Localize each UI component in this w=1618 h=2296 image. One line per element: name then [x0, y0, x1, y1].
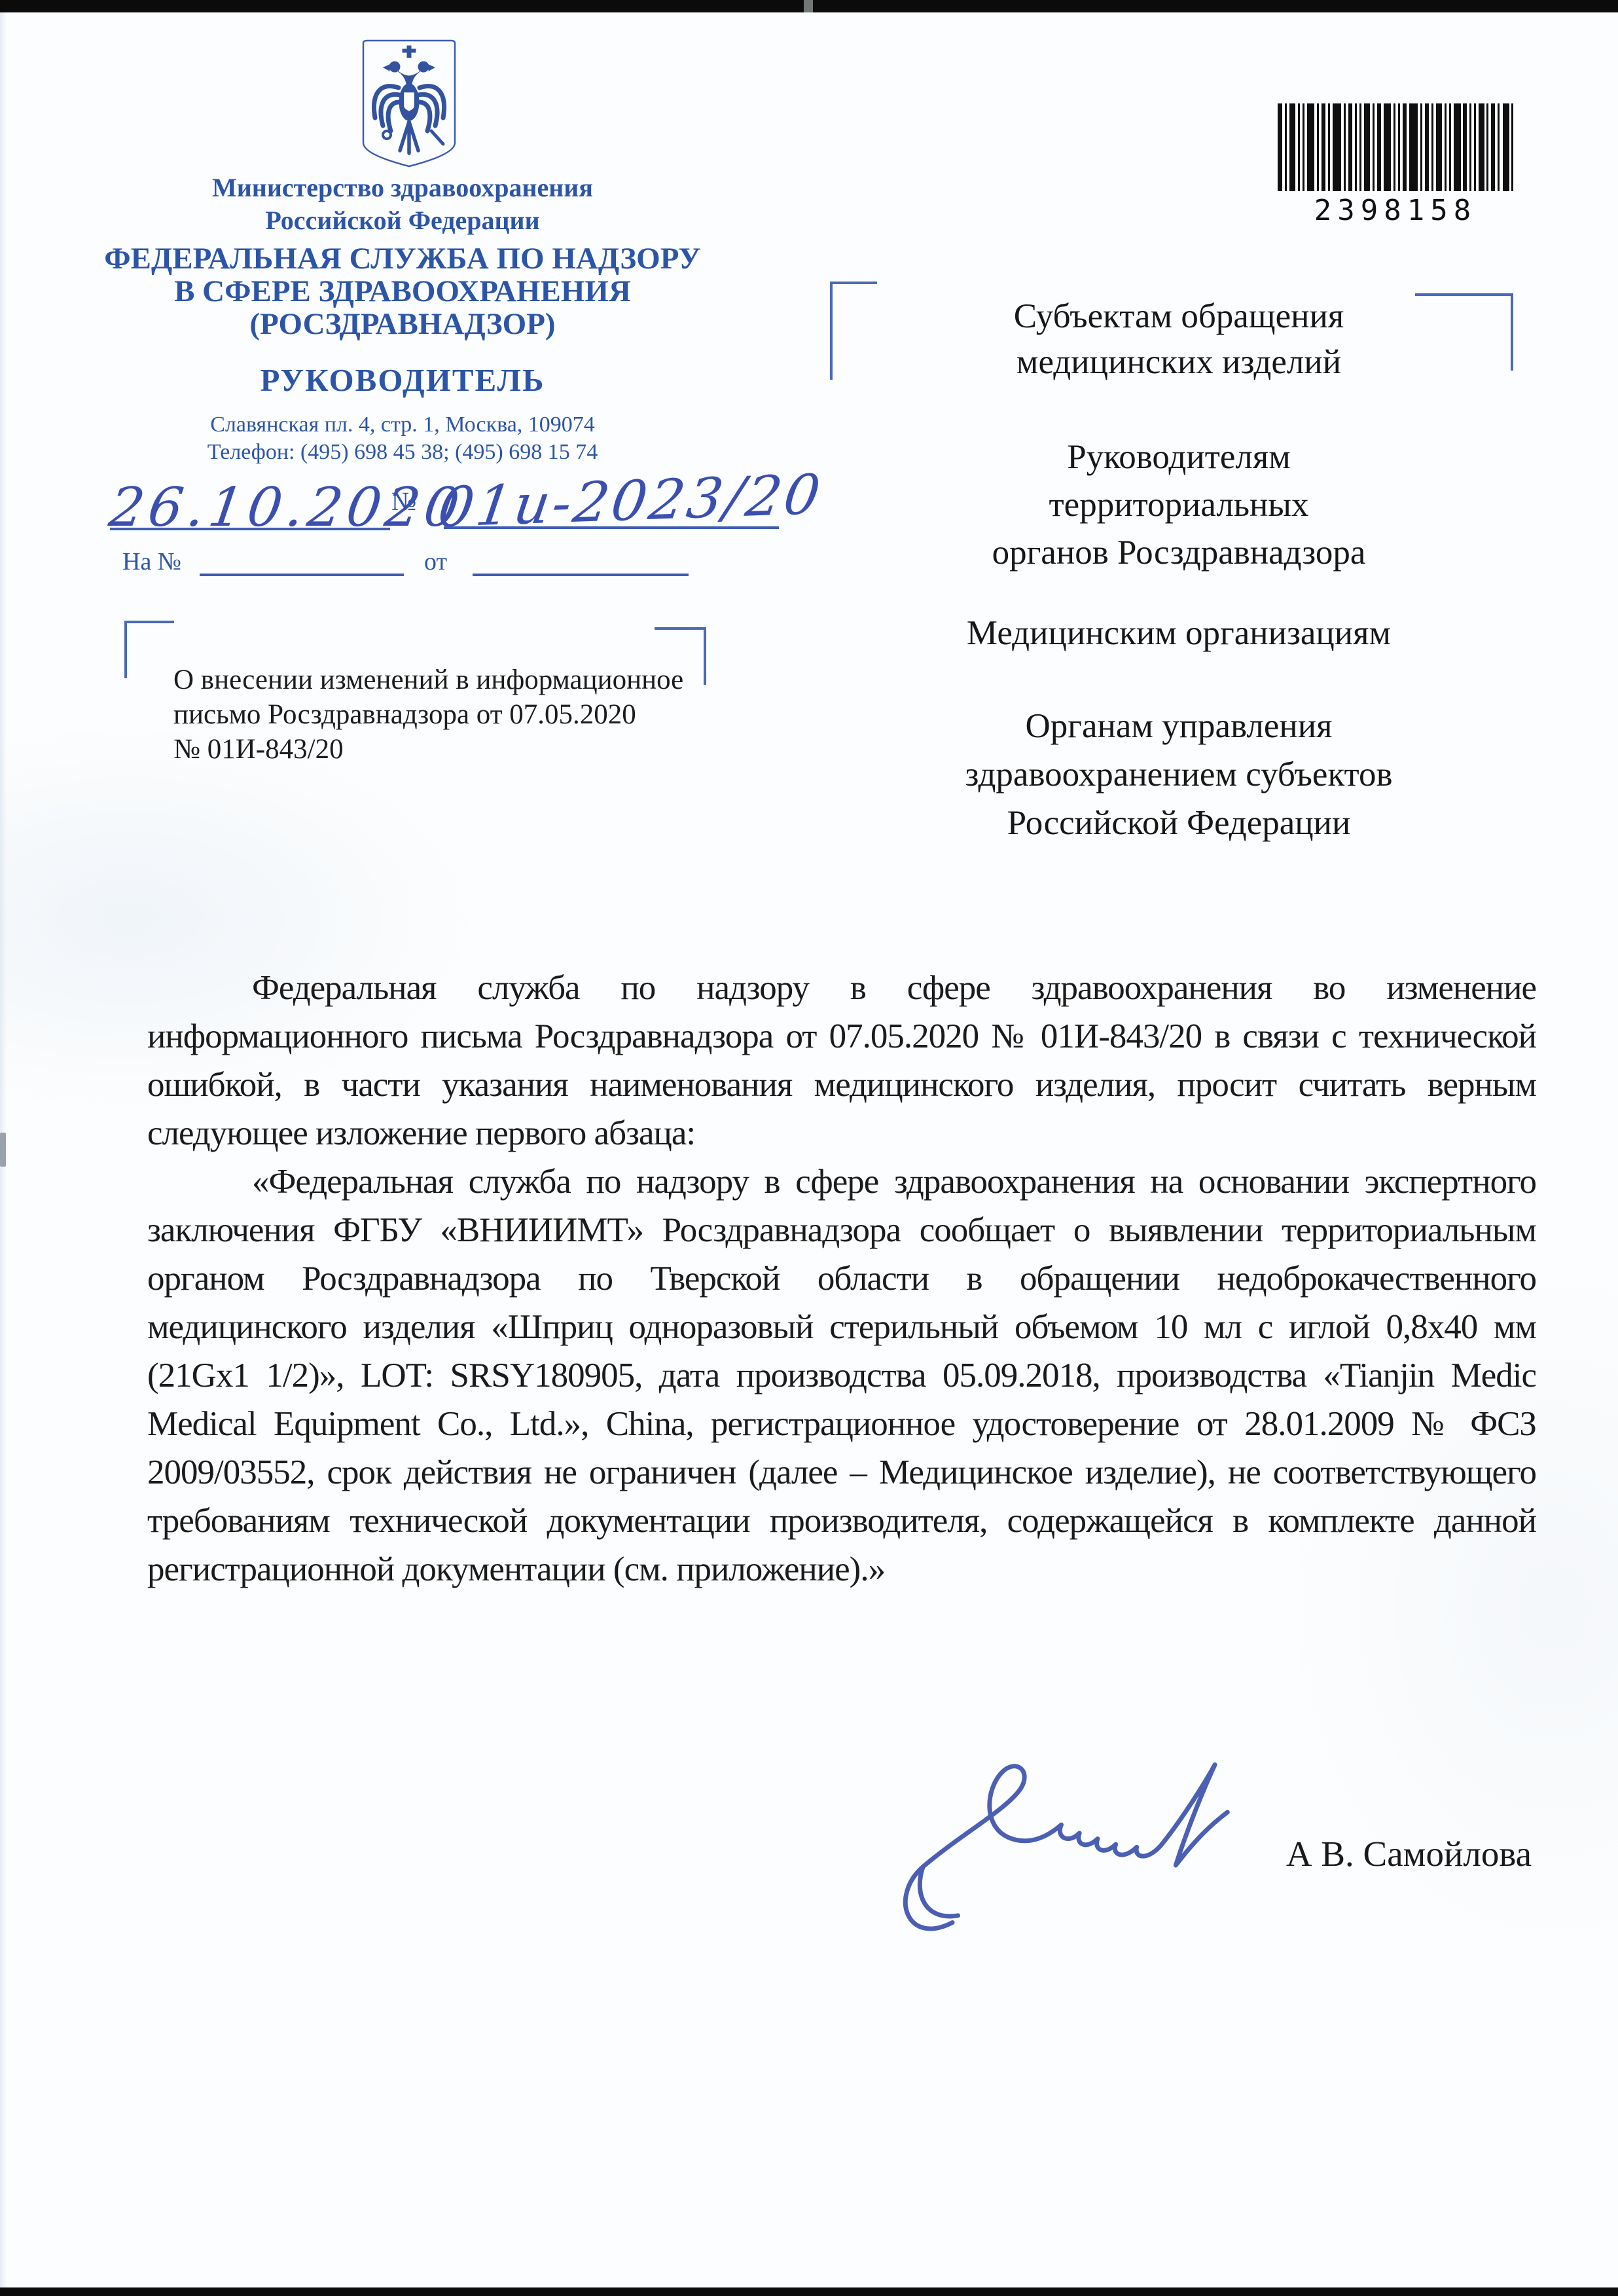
recipient-health-authorities: Органам управления здравоохранением субъ… [821, 702, 1536, 847]
scanned-letter-page: Министерство здравоохранения Российской … [0, 0, 1618, 2296]
russia-coat-of-arms-icon [357, 38, 461, 169]
number-sign-label: № [391, 486, 416, 517]
recipient-subjects-of-circulation: Субъектам обращения медицинских изделий [821, 293, 1536, 385]
barcode-number: 2398158 [1278, 194, 1513, 227]
recipient-territorial-heads: Руководителям территориальных органов Ро… [821, 433, 1536, 577]
date-underline [110, 528, 390, 530]
agency-address-phone: Славянская пл. 4, стр. 1, Москва, 109074… [98, 411, 707, 466]
subject-corner-mark-left [124, 621, 174, 623]
body-paragraph-1: Федеральная служба по надзору в сфере зд… [147, 964, 1536, 1157]
ministry-name: Министерство здравоохранения Российской … [98, 172, 707, 237]
recipient-medical-organizations: Медицинским организациям [821, 610, 1536, 656]
reply-number-blank-underline [200, 574, 404, 576]
recipient-corner-mark-left [830, 282, 877, 284]
reply-from-label: от [424, 547, 447, 576]
subject-corner-mark-left-v [124, 621, 127, 678]
signer-name: А В. Самойлова [1073, 1833, 1532, 1874]
signer-position-title: РУКОВОДИТЕЛЬ [98, 361, 707, 399]
registration-barcode-icon [1278, 103, 1513, 191]
reply-to-number-label: На № [122, 547, 181, 576]
reply-date-blank-underline [473, 574, 689, 576]
agency-name: ФЕДЕРАЛЬНАЯ СЛУЖБА ПО НАДЗОРУ В СФЕРЕ ЗД… [98, 242, 707, 340]
subject-corner-mark-right [655, 627, 706, 630]
scan-bottom-edge [0, 2287, 1618, 2296]
body-paragraph-2: «Федеральная служба по надзору в сфере з… [147, 1157, 1536, 1594]
letter-subject: О внесении изменений в информационное пи… [173, 663, 776, 767]
scan-left-artifact [0, 1133, 6, 1167]
number-underline [444, 526, 779, 529]
letter-body: Федеральная служба по надзору в сфере зд… [147, 964, 1536, 1594]
scan-top-edge-notch [804, 0, 813, 12]
